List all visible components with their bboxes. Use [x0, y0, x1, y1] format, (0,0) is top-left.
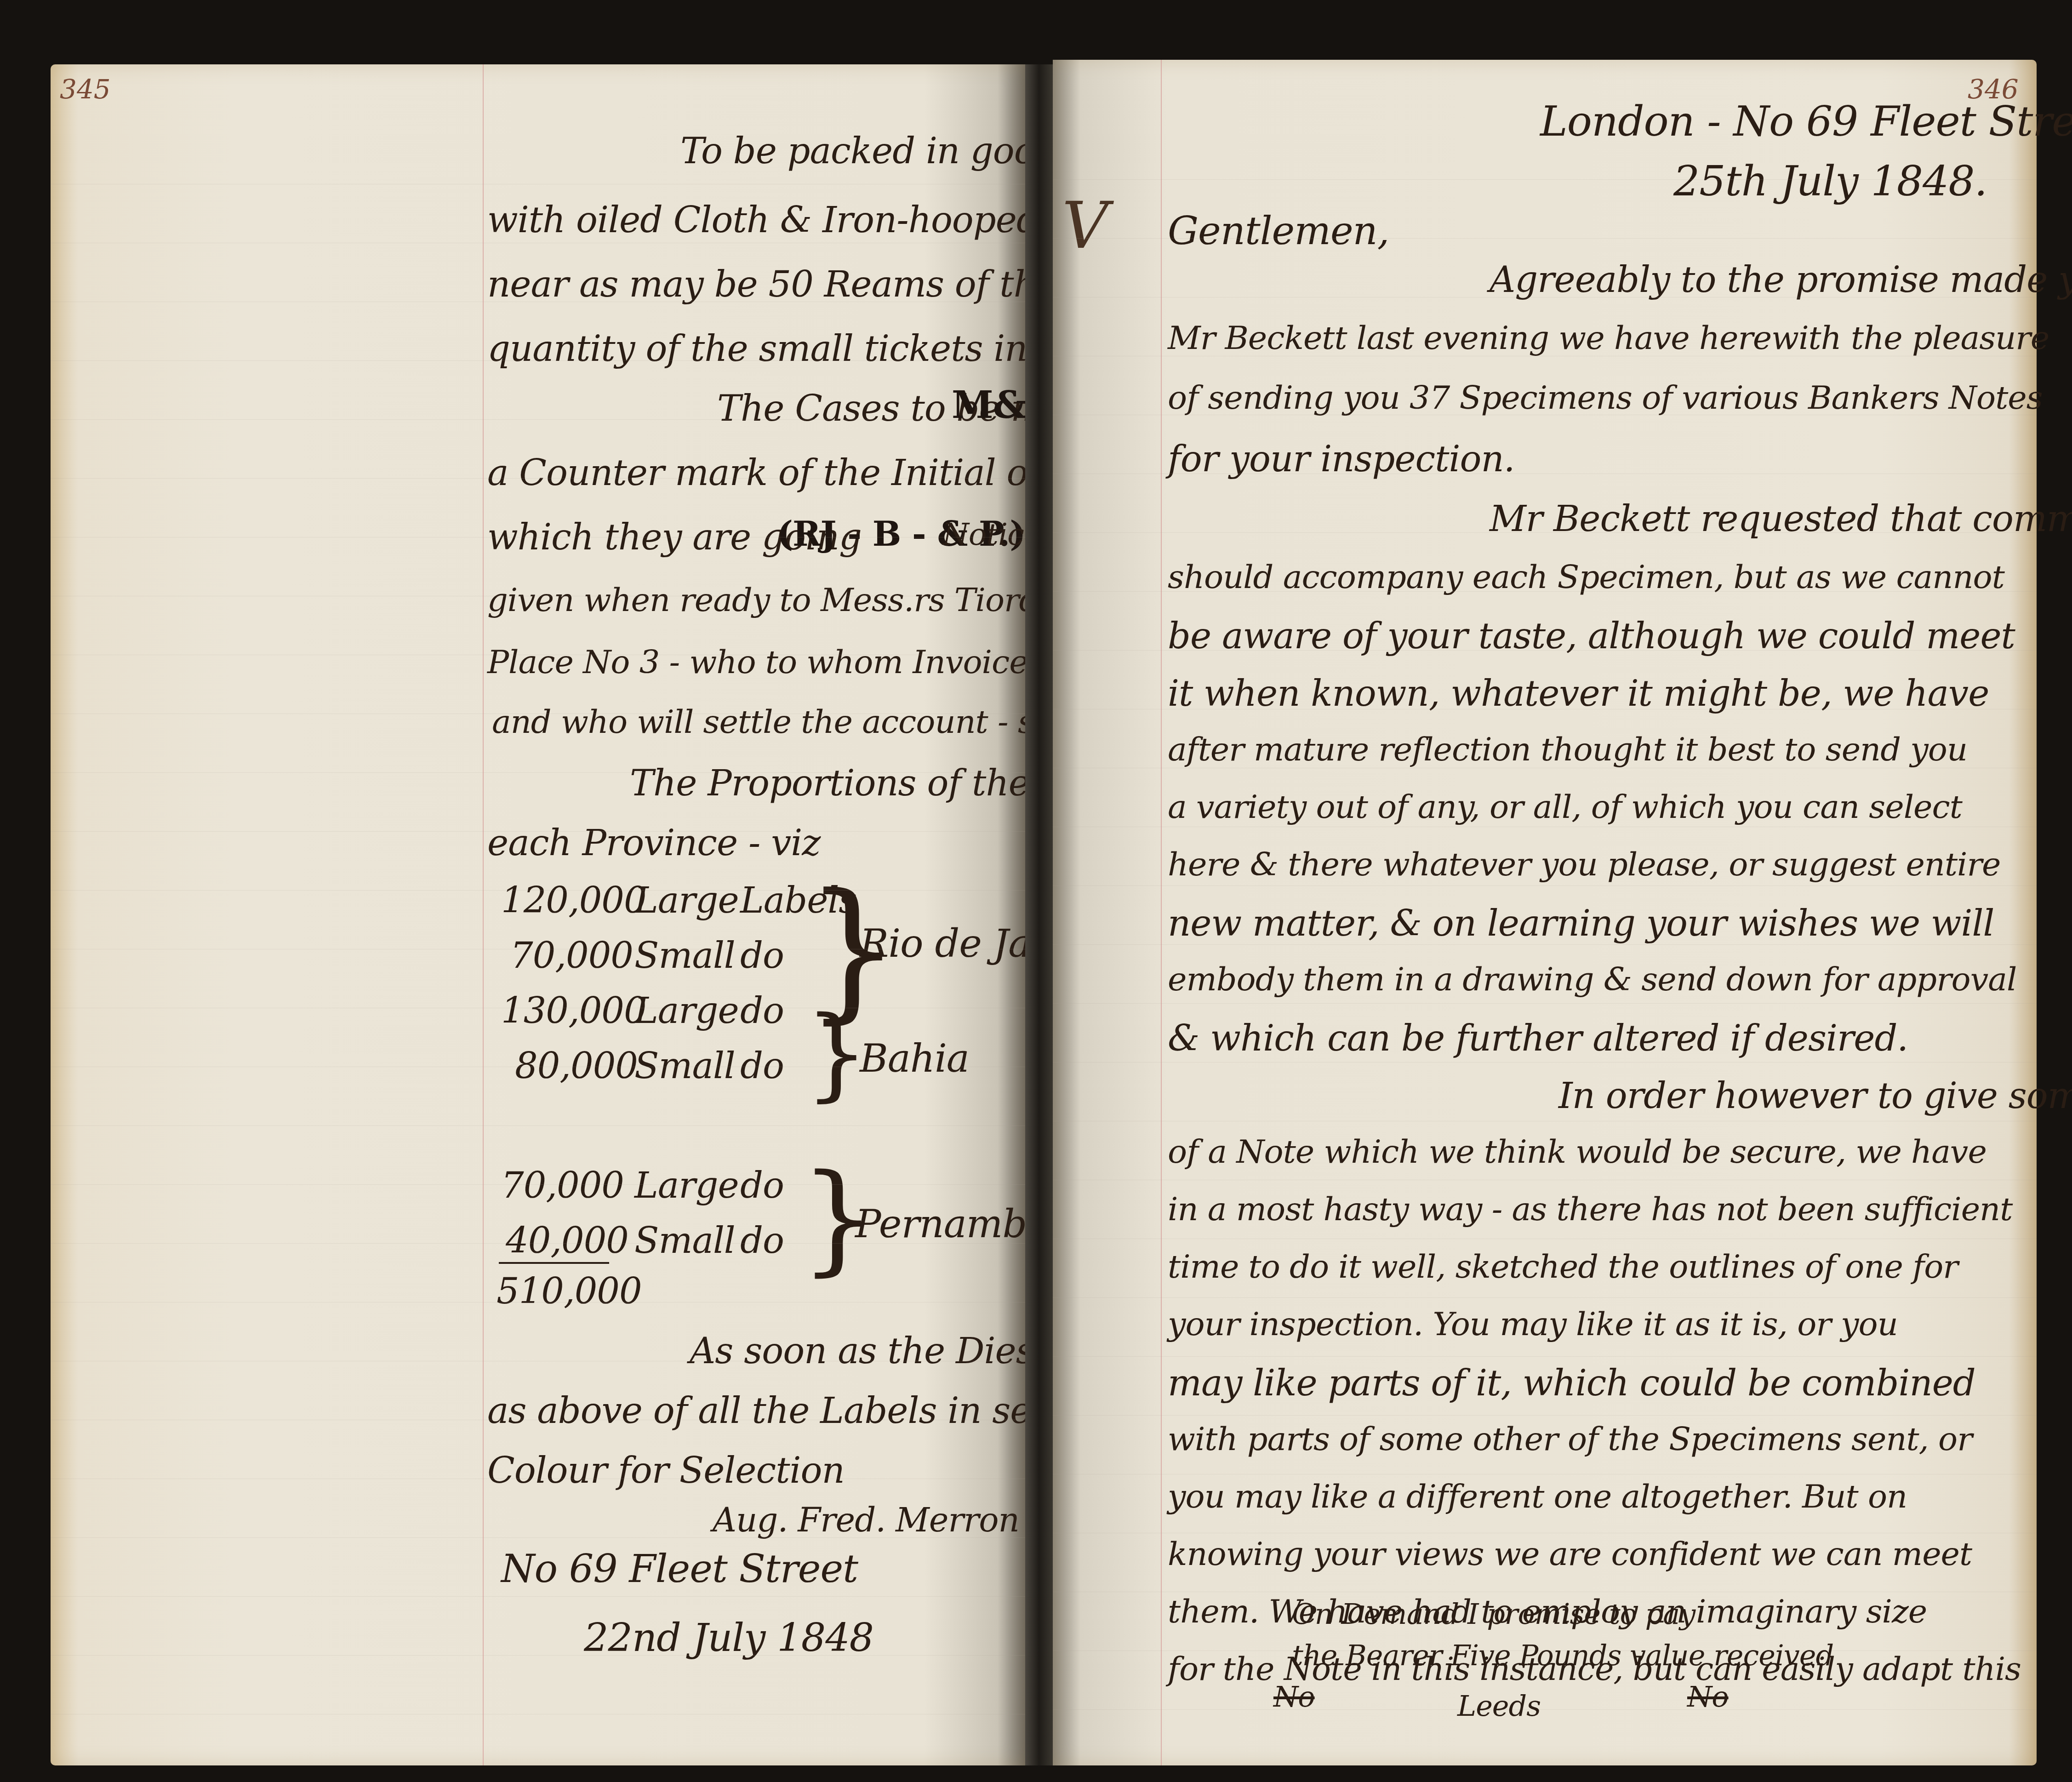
ruled-line [1053, 591, 2037, 592]
text-line: with parts of some other of the Specimen… [1168, 1423, 1972, 1455]
ruled-line [51, 537, 1025, 537]
promissory-line: On Demand I promise to pay [1292, 1600, 1695, 1628]
ruled-line [1053, 827, 2037, 827]
ruled-line [51, 890, 1025, 891]
size: Large [634, 883, 739, 919]
province-label: Bahia [860, 1039, 969, 1078]
size: Large [634, 993, 739, 1029]
right-page: V 346 London - No 69 Fleet Street 25th J… [1053, 60, 2037, 1765]
ruled-line [51, 478, 1025, 479]
size: Small [634, 1048, 735, 1084]
letter-date: 22nd July 1848 [584, 1618, 873, 1657]
ruled-line [1053, 415, 2037, 415]
sum-rule [499, 1262, 609, 1264]
ruled-line [1053, 356, 2037, 356]
item: do [740, 938, 784, 974]
text-line: embody them in a drawing & send down for… [1168, 963, 2016, 995]
ruled-line [51, 1243, 1025, 1244]
ruled-line [51, 1361, 1025, 1361]
ruled-line [51, 1655, 1025, 1656]
item: do [740, 1223, 784, 1259]
promissory-line: the Bearer Five Pounds value received [1292, 1641, 1833, 1670]
text-line: a variety out of any, or all, of which y… [1168, 791, 1962, 823]
ruled-line [51, 831, 1025, 832]
ruled-line [51, 302, 1025, 302]
text-line: Colour for Selection [487, 1453, 845, 1489]
ruled-line [51, 243, 1025, 243]
text-line: you may like a different one altogether.… [1168, 1480, 1907, 1513]
ruled-line [51, 1067, 1025, 1067]
item: do [740, 1168, 784, 1204]
note-number-left: No [1273, 1683, 1315, 1711]
ruled-line [1053, 709, 2037, 709]
ruled-line [1053, 885, 2037, 886]
sender-address: No 69 Fleet Street [501, 1549, 858, 1588]
text-line: Mr Beckett requested that comments [1490, 501, 2072, 537]
ruled-line [51, 419, 1025, 420]
ruled-line [51, 596, 1025, 596]
quantity: 70,000 [510, 938, 633, 974]
ruled-line [1053, 474, 2037, 474]
ruled-line [51, 714, 1025, 714]
size: Large [634, 1168, 739, 1204]
text-line: here & there whatever you please, or sug… [1168, 848, 2000, 880]
text-line: time to do it well, sketched the outline… [1168, 1251, 1958, 1283]
heading-address: London - No 69 Fleet Street [1540, 101, 2072, 143]
left-page: 345 To be packed in good deal Cases line… [51, 64, 1025, 1765]
text-line: new matter, & on learning your wishes we… [1168, 906, 1994, 942]
ruled-line [51, 1479, 1025, 1479]
text-line: your inspection. You may like it as it i… [1168, 1308, 1898, 1340]
ruled-line [51, 360, 1025, 361]
ruled-line [51, 1537, 1025, 1538]
ruled-line [51, 1714, 1025, 1714]
ruled-line [1053, 238, 2037, 239]
ruled-line [51, 184, 1025, 184]
quantity: 130,000 [501, 993, 646, 1029]
ruled-line [51, 772, 1025, 773]
text-line: in a most hasty way - as there has not b… [1168, 1193, 2012, 1225]
total: 510,000 [497, 1274, 642, 1309]
ruled-line [1053, 1533, 2037, 1533]
quantity: 120,000 [501, 883, 646, 919]
signature: Aug. Fred. Merron [713, 1503, 1019, 1536]
text-line: be aware of your taste, although we coul… [1168, 618, 2015, 654]
brace-icon: } [805, 1002, 869, 1103]
ruled-line [51, 1596, 1025, 1597]
text-line: of sending you 37 Specimens of various B… [1168, 382, 2043, 414]
text-line: In order however to give some idea [1558, 1078, 2072, 1114]
ruled-line [1053, 1003, 2037, 1004]
ruled-line [51, 1008, 1025, 1008]
text-line: after mature reflection thought it best … [1168, 733, 1967, 765]
ruled-line [1053, 1121, 2037, 1121]
text-line: each Province - viz [487, 825, 820, 861]
text-line: Agreeably to the promise made your [1490, 262, 2072, 298]
note-place: Leeds [1457, 1692, 1541, 1720]
page-number: 345 [60, 74, 111, 105]
item: do [740, 1048, 784, 1084]
ruled-line [1053, 768, 2037, 768]
ruled-line [1053, 1415, 2037, 1416]
ruled-line [51, 1420, 1025, 1420]
text-line: & which can be further altered if desire… [1168, 1021, 1908, 1057]
ruled-line [1053, 297, 2037, 297]
text-line: of a Note which we think would be secure… [1168, 1136, 1986, 1168]
promissory-note-block: On Demand I promise to pay the Bearer Fi… [1053, 1591, 2037, 1765]
text-line: for your inspection. [1168, 441, 1515, 477]
tick-mark-icon: V [1062, 188, 1108, 263]
size: Small [634, 1223, 735, 1259]
text-line: knowing your views we are confident we c… [1168, 1538, 1972, 1570]
text-line: Mr Beckett last evening we have herewith… [1168, 322, 2049, 354]
text-line: may like parts of it, which could be com… [1168, 1365, 1975, 1401]
item: do [740, 993, 784, 1029]
note-number-right: No [1687, 1683, 1729, 1711]
ruled-line [1053, 1239, 2037, 1239]
size: Small [634, 938, 735, 974]
ruled-line [51, 949, 1025, 949]
quantity: 40,000 [506, 1223, 628, 1259]
ruled-line [1053, 1474, 2037, 1474]
ruled-line [1053, 650, 2037, 651]
ruled-line [1053, 532, 2037, 533]
ruled-line [51, 1184, 1025, 1185]
salutation: Gentlemen, [1168, 211, 1389, 250]
text-line: it when known, whatever it might be, we … [1168, 676, 1989, 712]
ruled-line [51, 1302, 1025, 1302]
margin-rule [1161, 60, 1162, 1765]
ruled-line [51, 655, 1025, 655]
quantity: 70,000 [501, 1168, 624, 1204]
ruled-line [1053, 944, 2037, 945]
ruled-line [1053, 179, 2037, 180]
ruled-line [1053, 1297, 2037, 1298]
ruled-line [1053, 1062, 2037, 1062]
book-gutter [1025, 64, 1053, 1765]
text-line: should accompany each Specimen, but as w… [1168, 561, 2004, 593]
heading-date: 25th July 1848. [1673, 161, 1987, 202]
ruled-line [51, 1125, 1025, 1126]
ruled-line [1053, 1356, 2037, 1357]
quantity: 80,000 [515, 1048, 638, 1084]
ruled-line [1053, 1180, 2037, 1180]
margin-rule [483, 64, 484, 1765]
